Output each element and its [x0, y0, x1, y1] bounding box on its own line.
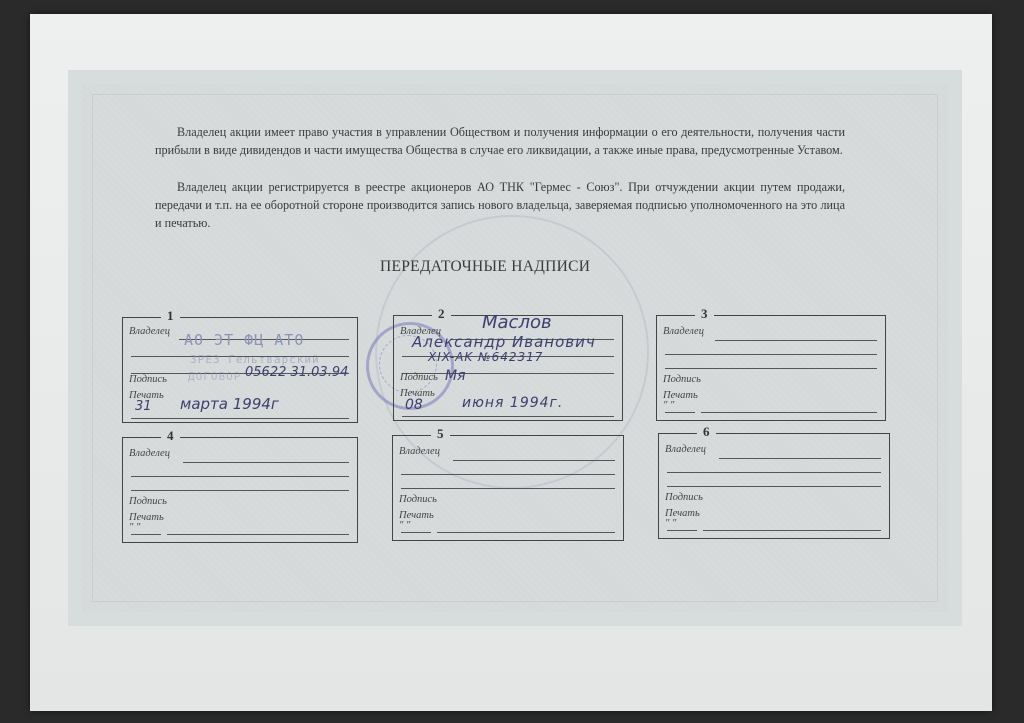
signature-label: Подпись [129, 374, 167, 385]
handwritten-signature: 05622 31.03.94 [245, 365, 348, 380]
date-quote: " " [665, 518, 676, 529]
owner-line [131, 490, 349, 491]
handwritten-surname: Маслов [482, 312, 552, 333]
owner-label: Владелец [665, 444, 706, 455]
handwritten-name: Александр Иванович [412, 333, 596, 351]
owner-label: Владелец [129, 326, 170, 337]
handwritten-date: июня 1994г. [462, 395, 563, 411]
owner-line [667, 472, 881, 473]
owner-line [715, 340, 877, 341]
date-quote: " " [663, 400, 674, 411]
owner-line [453, 460, 615, 461]
owner-line [131, 476, 349, 477]
signature-label: Подпись [400, 372, 438, 383]
handwritten-passport: XIX-AK №642317 [428, 350, 543, 364]
date-day-line [667, 530, 697, 531]
date-day-line [131, 534, 161, 535]
transfer-box-4: 4 Владелец Подпись Печать " " [122, 437, 358, 543]
date-line [402, 416, 614, 417]
box-number: 1 [161, 308, 180, 324]
owner-line [667, 486, 881, 487]
owner-line [719, 458, 881, 459]
box-number: 5 [431, 426, 450, 442]
section-title: ПЕРЕДАТОЧНЫЕ НАДПИСИ [380, 258, 590, 276]
transfer-box-5: 5 Владелец Подпись Печать " " [392, 435, 624, 541]
date-line [703, 530, 881, 531]
box-number: 3 [695, 306, 714, 322]
date-line [437, 532, 615, 533]
paragraph-rights: Владелец акции имеет право участия в упр… [155, 123, 845, 159]
transfer-box-3: 3 Владелец Подпись Печать " " [656, 315, 886, 421]
owner-line [401, 474, 615, 475]
owner-label: Владелец [399, 446, 440, 457]
handwritten-date: марта 1994г [180, 395, 279, 413]
date-line [701, 412, 877, 413]
box-number: 2 [432, 306, 451, 322]
signature-label: Подпись [663, 374, 701, 385]
handwritten-signature: Мя [445, 368, 466, 384]
box-number: 4 [161, 428, 180, 444]
date-line [131, 418, 349, 419]
owner-label: Владелец [663, 326, 704, 337]
date-quote: " " [399, 520, 410, 531]
owner-line [665, 368, 877, 369]
owner-stamp: АО ЭТ ФЦ АТО [184, 331, 304, 349]
owner-line [183, 462, 349, 463]
handwritten-date-day: 31 [135, 399, 152, 414]
owner-line [401, 488, 615, 489]
signature-label: Подпись [665, 492, 703, 503]
signature-label: Подпись [129, 496, 167, 507]
signature-label: Подпись [399, 494, 437, 505]
date-quote: " " [129, 522, 140, 533]
transfer-box-6: 6 Владелец Подпись Печать " " [658, 433, 890, 539]
paragraph-registration: Владелец акции регистрируется в реестре … [155, 178, 845, 232]
owner-label: Владелец [129, 448, 170, 459]
date-line [167, 534, 349, 535]
date-day-line [665, 412, 695, 413]
owner-line [665, 354, 877, 355]
owner-stamp: ДОГОВОР [188, 370, 241, 383]
box-number: 6 [697, 424, 716, 440]
handwritten-date-day: 08 [405, 397, 423, 413]
date-day-line [401, 532, 431, 533]
